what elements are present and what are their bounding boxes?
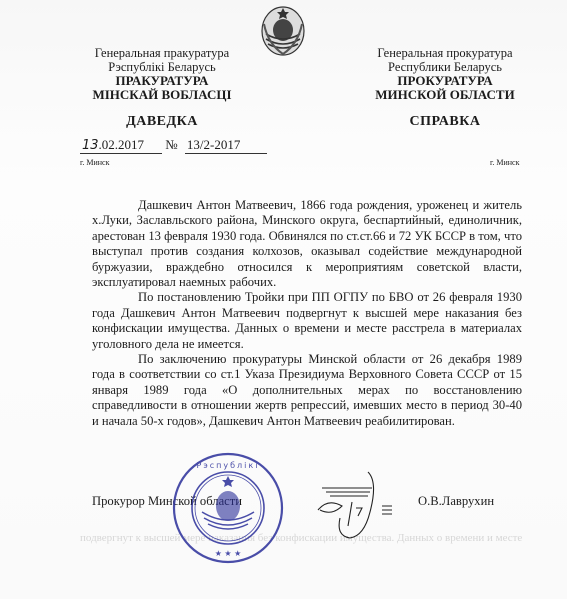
doc-title-russian: СПРАВКА [345, 114, 545, 130]
number-sign: № [165, 137, 177, 152]
svg-text:Рэспублікі: Рэспублікі [197, 461, 260, 470]
date-printed: .02.2017 [99, 137, 145, 152]
agency-line: Генеральная прокуратура [345, 46, 545, 60]
date-number-line: 13.02.2017 № 13/2-2017 [80, 137, 267, 154]
doc-number: 13/2-2017 [185, 137, 267, 154]
document-body: Дашкевич Антон Матвеевич, 1866 года рожд… [92, 198, 522, 429]
region-line: МИНСКОЙ ОБЛАСТИ [345, 88, 545, 102]
svg-text:★ ★ ★: ★ ★ ★ [215, 549, 242, 558]
paragraph: Дашкевич Антон Матвеевич, 1866 года рожд… [92, 198, 522, 290]
header-right-russian: Генеральная прокуратура Республики Белар… [345, 46, 545, 102]
coat-of-arms-icon [260, 4, 306, 56]
paragraph: По заключению прокуратуры Минской област… [92, 352, 522, 429]
handwritten-signature-icon [308, 468, 408, 548]
paragraph: По постановлению Тройки при ПП ОГПУ по Б… [92, 290, 522, 352]
header-left-belarusian: Генеральная пракуратура Рэспублікі Белар… [62, 46, 262, 102]
official-stamp-icon: Рэспублікі ★ ★ ★ [172, 452, 284, 564]
office-line: ПРОКУРАТУРА [345, 74, 545, 88]
city-left: г. Минск [80, 158, 110, 167]
city-right: г. Минск [490, 158, 520, 167]
country-line: Рэспублікі Беларусь [62, 60, 262, 74]
office-line: ПРАКУРАТУРА [62, 74, 262, 88]
date-handwritten: 13 [82, 138, 99, 153]
doc-title-belarusian: ДАВЕДКА [62, 114, 262, 130]
date-field: 13.02.2017 [80, 137, 162, 154]
region-line: МІНСКАЙ ВОБЛАСЦІ [62, 88, 262, 102]
agency-line: Генеральная пракуратура [62, 46, 262, 60]
document-page: Генеральная пракуратура Рэспублікі Белар… [0, 0, 567, 599]
country-line: Республики Беларусь [345, 60, 545, 74]
bleed-through-text: подвергнут к высшей мере наказания без к… [80, 532, 522, 544]
signatory-name: О.В.Лаврухин [418, 494, 494, 509]
